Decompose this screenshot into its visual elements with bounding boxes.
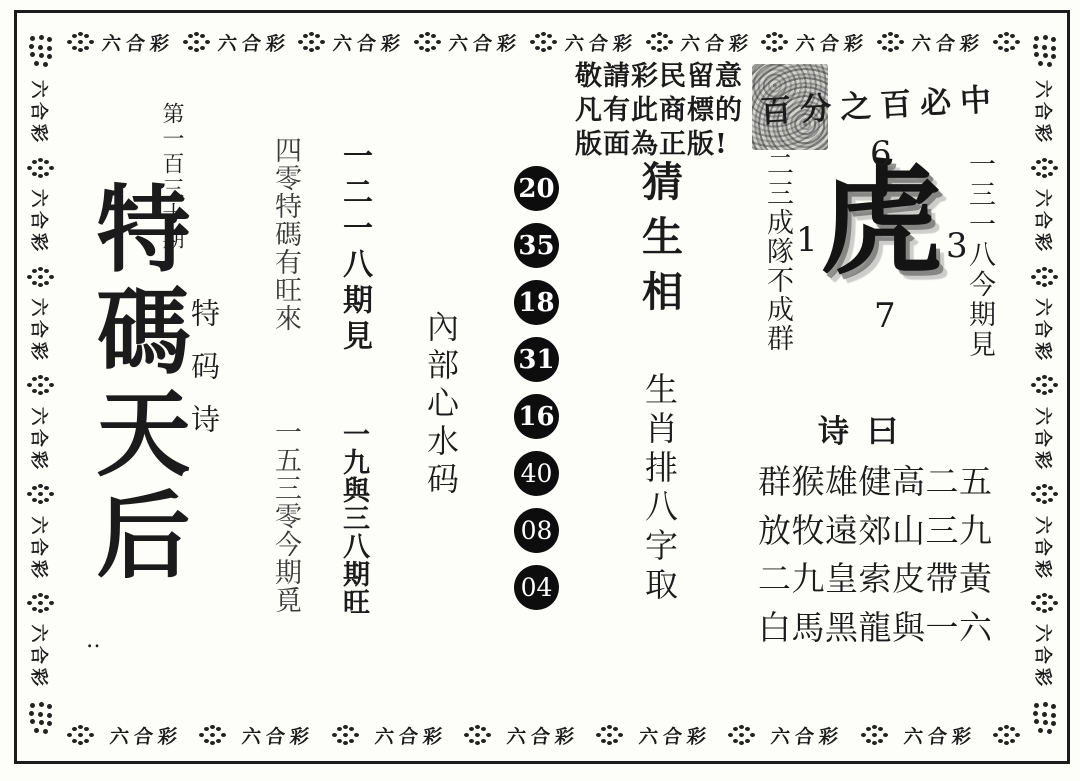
brand-text: 六合彩 bbox=[563, 29, 638, 56]
brand-text: 六合彩 bbox=[1031, 297, 1057, 365]
brand-text: 六合彩 bbox=[216, 29, 291, 56]
zodiac-method-text: 生肖排八字取 bbox=[636, 372, 683, 606]
dot-cluster-ornament-icon bbox=[182, 31, 210, 53]
page-title: 特碼天后 bbox=[68, 180, 203, 588]
brand-text: 六合彩 bbox=[27, 624, 53, 692]
dot-cluster-ornament-icon bbox=[26, 374, 54, 396]
poem-line: 群猴雄健高二五 bbox=[758, 458, 992, 507]
dot-cluster-ornament-icon bbox=[1030, 157, 1058, 179]
dot-cluster-ornament-icon bbox=[760, 31, 788, 53]
dot-cluster-ornament-icon bbox=[297, 31, 325, 53]
dot-cluster-ornament-icon bbox=[66, 724, 94, 746]
lottery-ball-column: 20 35 18 31 16 40 08 04 bbox=[514, 166, 559, 610]
brand-text: 六合彩 bbox=[1031, 79, 1057, 147]
dot-cluster-ornament-icon bbox=[26, 592, 54, 614]
brand-text: 六合彩 bbox=[373, 722, 448, 749]
lottery-ball: 40 bbox=[514, 451, 559, 496]
brand-text: 六合彩 bbox=[506, 722, 581, 749]
dot-cluster-ornament-icon bbox=[860, 724, 888, 746]
dot-cluster-ornament-icon bbox=[727, 724, 755, 746]
special-code-poem-label: 特码诗 bbox=[184, 298, 225, 457]
tiger-number-bottom: 7 bbox=[874, 296, 896, 336]
lottery-ball: 16 bbox=[514, 394, 559, 439]
team-phrase: 二三成隊不成群 bbox=[758, 150, 797, 353]
brand-text: 六合彩 bbox=[109, 722, 184, 749]
zodiac-animal-tiger: 虎 bbox=[820, 158, 942, 280]
lottery-tip-sheet: 六合彩 六合彩 六合彩 六合彩 六合彩 六合彩 六合彩 六合彩 六合彩 六合彩 … bbox=[0, 0, 1080, 781]
brand-text: 六合彩 bbox=[100, 29, 175, 56]
brand-text: 六合彩 bbox=[911, 29, 986, 56]
poem-line: 二九皇索皮帶黃 bbox=[758, 555, 992, 604]
poem-line: 放牧遠郊山三九 bbox=[758, 507, 992, 556]
brand-text: 六合彩 bbox=[679, 29, 754, 56]
poem-line: 白馬黑龍與一六 bbox=[758, 604, 992, 653]
brand-text: 六合彩 bbox=[638, 722, 713, 749]
inner-code-label: 內部心水码 bbox=[418, 310, 464, 500]
lottery-ball: 04 bbox=[514, 565, 559, 610]
tiger-number-right: 3 bbox=[946, 226, 968, 266]
notice-line: 版面為正版! bbox=[575, 128, 743, 162]
tip-column-40: 四零特碼有旺來 bbox=[266, 136, 305, 332]
brand-text: 六合彩 bbox=[795, 29, 870, 56]
brand-text: 六合彩 bbox=[1031, 188, 1057, 256]
brand-text: 六合彩 bbox=[27, 79, 53, 147]
dot-cluster-ornament-icon bbox=[66, 31, 94, 53]
poem-title: 诗曰 bbox=[818, 406, 916, 451]
dot-cluster-ornament-icon bbox=[1030, 266, 1058, 288]
corner-dots-ornament-icon bbox=[27, 701, 53, 737]
corner-dots-ornament-icon bbox=[27, 34, 53, 70]
title-trailing-dots: ‥ bbox=[86, 628, 105, 653]
brand-text: 六合彩 bbox=[1031, 406, 1057, 474]
dot-cluster-ornament-icon bbox=[26, 266, 54, 288]
dot-cluster-ornament-icon bbox=[529, 31, 557, 53]
dot-cluster-ornament-icon bbox=[331, 724, 359, 746]
dot-cluster-ornament-icon bbox=[26, 157, 54, 179]
notice-line: 凡有此商標的 bbox=[575, 94, 743, 128]
tip-column-15-30: 一五三零今期覓 bbox=[266, 418, 305, 614]
guess-zodiac-heading: 猜生相 bbox=[630, 160, 689, 325]
brand-text: 六合彩 bbox=[241, 722, 316, 749]
brand-text: 六合彩 bbox=[27, 406, 53, 474]
dot-cluster-ornament-icon bbox=[1030, 592, 1058, 614]
dot-cluster-ornament-icon bbox=[463, 724, 491, 746]
corner-dots-ornament-icon bbox=[1031, 34, 1057, 70]
brand-text: 六合彩 bbox=[27, 515, 53, 583]
border-band-top: 六合彩 六合彩 六合彩 六合彩 六合彩 六合彩 六合彩 六合彩 bbox=[66, 22, 1020, 62]
border-band-bottom: 六合彩 六合彩 六合彩 六合彩 六合彩 六合彩 六合彩 bbox=[66, 715, 1020, 755]
border-band-left: 六合彩 六合彩 六合彩 六合彩 六合彩 六合彩 bbox=[20, 34, 60, 737]
brand-text: 六合彩 bbox=[902, 722, 977, 749]
dot-cluster-ornament-icon bbox=[198, 724, 226, 746]
dot-cluster-ornament-icon bbox=[992, 31, 1020, 53]
dot-cluster-ornament-icon bbox=[645, 31, 673, 53]
tiger-number-top: 6 bbox=[870, 134, 892, 174]
lottery-ball: 31 bbox=[514, 337, 559, 382]
dot-cluster-ornament-icon bbox=[26, 483, 54, 505]
dot-cluster-ornament-icon bbox=[1030, 374, 1058, 396]
notice-line: 敬請彩民留意 bbox=[575, 60, 743, 94]
brand-text: 六合彩 bbox=[27, 188, 53, 256]
dot-cluster-ornament-icon bbox=[595, 724, 623, 746]
brand-text: 六合彩 bbox=[1031, 515, 1057, 583]
dot-cluster-ornament-icon bbox=[1030, 483, 1058, 505]
tiger-number-left: 1 bbox=[796, 220, 818, 260]
lottery-ball: 08 bbox=[514, 508, 559, 553]
tip-column-19-38: 一九與三八期旺 bbox=[334, 420, 373, 616]
corner-dots-ornament-icon bbox=[1031, 701, 1057, 737]
brand-text: 六合彩 bbox=[27, 297, 53, 365]
brand-text: 六合彩 bbox=[1031, 624, 1057, 692]
tip-column-12-18: 一二一八期見 bbox=[332, 140, 376, 356]
brand-text: 六合彩 bbox=[770, 722, 845, 749]
lottery-ball: 18 bbox=[514, 280, 559, 325]
brand-text: 六合彩 bbox=[332, 29, 407, 56]
lottery-ball: 20 bbox=[514, 166, 559, 211]
border-band-right: 六合彩 六合彩 六合彩 六合彩 六合彩 六合彩 bbox=[1024, 34, 1064, 737]
brand-text: 六合彩 bbox=[448, 29, 523, 56]
lottery-ball: 35 bbox=[514, 223, 559, 268]
dot-cluster-ornament-icon bbox=[413, 31, 441, 53]
dot-cluster-ornament-icon bbox=[992, 724, 1020, 746]
dot-cluster-ornament-icon bbox=[876, 31, 904, 53]
publisher-notice: 敬請彩民留意 凡有此商標的 版面為正版! bbox=[575, 60, 743, 162]
poem-body: 群猴雄健高二五 放牧遠郊山三九 二九皇索皮帶黃 白馬黑龍與一六 bbox=[758, 458, 992, 652]
